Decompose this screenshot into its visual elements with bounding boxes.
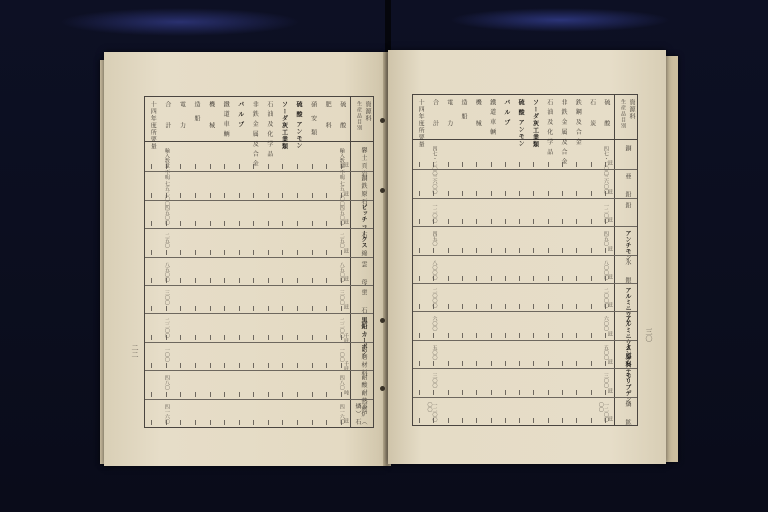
row-unit: 瓩 bbox=[343, 248, 348, 253]
empty-cell-tick bbox=[341, 363, 342, 368]
empty-cell-tick bbox=[239, 278, 240, 283]
empty-cell-tick bbox=[576, 191, 577, 196]
empty-cell-tick bbox=[548, 219, 549, 224]
cell-value: 一〇〇 bbox=[164, 347, 169, 362]
corner-header-top: 資源料 bbox=[628, 99, 634, 120]
empty-cell-tick bbox=[195, 193, 196, 198]
empty-cell-tick bbox=[180, 392, 181, 397]
column-header: 十四年度所要量 bbox=[149, 101, 155, 150]
row-label: 鉛 bbox=[624, 202, 630, 208]
empty-cell-tick bbox=[548, 361, 549, 366]
empty-cell-tick bbox=[297, 335, 298, 340]
empty-cell-tick bbox=[268, 420, 269, 425]
cell-value: 二〇〇〇 bbox=[603, 288, 608, 308]
empty-cell-tick bbox=[326, 250, 327, 255]
empty-cell-tick bbox=[476, 191, 477, 196]
empty-cell-tick bbox=[505, 219, 506, 224]
empty-cell-tick bbox=[433, 248, 434, 253]
column-header: 合 計 bbox=[164, 101, 170, 129]
empty-cell-tick bbox=[605, 248, 606, 253]
column-header: 電 力 bbox=[446, 99, 452, 127]
empty-cell-tick bbox=[239, 306, 240, 311]
empty-cell-tick bbox=[576, 390, 577, 395]
empty-cell-tick bbox=[239, 420, 240, 425]
empty-cell-tick bbox=[326, 278, 327, 283]
empty-cell-tick bbox=[591, 304, 592, 309]
row-label: 蛍 石 bbox=[360, 289, 366, 313]
empty-cell-tick bbox=[312, 221, 313, 226]
column-header: 硫 酸 bbox=[603, 99, 609, 127]
empty-cell-tick bbox=[195, 221, 196, 226]
empty-cell-tick bbox=[476, 219, 477, 224]
empty-cell-tick bbox=[253, 221, 254, 226]
empty-cell-tick bbox=[297, 164, 298, 169]
empty-cell-tick bbox=[210, 164, 211, 169]
binding-hole bbox=[380, 318, 385, 323]
empty-cell-tick bbox=[312, 335, 313, 340]
right-statistical-table: 資源料 生産品目別 硫 酸石 炭鉄 鋼 及 合 金非 鉄 金 属 及 合 金石 … bbox=[412, 94, 638, 426]
cell-value: 一二〇〇〇〇 bbox=[598, 402, 608, 425]
empty-cell-tick bbox=[253, 392, 254, 397]
empty-cell-tick bbox=[548, 248, 549, 253]
empty-cell-tick bbox=[297, 363, 298, 368]
empty-cell-tick bbox=[505, 162, 506, 167]
cell-value: 六〇〇 bbox=[603, 316, 608, 331]
empty-cell-tick bbox=[576, 276, 577, 281]
empty-cell-tick bbox=[562, 361, 563, 366]
empty-cell-tick bbox=[448, 390, 449, 395]
row-divider bbox=[145, 285, 373, 286]
empty-cell-tick bbox=[505, 333, 506, 338]
row-unit: 瓩 bbox=[607, 388, 612, 393]
empty-cell-tick bbox=[462, 418, 463, 423]
empty-cell-tick bbox=[548, 390, 549, 395]
empty-cell-tick bbox=[462, 361, 463, 366]
empty-cell-tick bbox=[326, 420, 327, 425]
empty-cell-tick bbox=[562, 333, 563, 338]
empty-cell-tick bbox=[195, 392, 196, 397]
empty-cell-tick bbox=[282, 221, 283, 226]
empty-cell-tick bbox=[224, 420, 225, 425]
row-unit: 瓩 bbox=[607, 246, 612, 251]
empty-cell-tick bbox=[591, 248, 592, 253]
empty-cell-tick bbox=[326, 164, 327, 169]
column-header: 十四年度所要量 bbox=[417, 99, 423, 148]
empty-cell-tick bbox=[491, 390, 492, 395]
empty-cell-tick bbox=[548, 162, 549, 167]
empty-cell-tick bbox=[462, 162, 463, 167]
header-divider bbox=[413, 139, 637, 140]
empty-cell-tick bbox=[268, 392, 269, 397]
empty-cell-tick bbox=[224, 392, 225, 397]
empty-cell-tick bbox=[253, 363, 254, 368]
empty-cell-tick bbox=[505, 418, 506, 423]
empty-cell-tick bbox=[448, 219, 449, 224]
cell-value: 四一六〇 bbox=[339, 404, 344, 424]
empty-cell-tick bbox=[268, 335, 269, 340]
empty-cell-tick bbox=[210, 221, 211, 226]
empty-cell-tick bbox=[297, 250, 298, 255]
column-header: 機 械 bbox=[208, 101, 214, 129]
empty-cell-tick bbox=[576, 418, 577, 423]
row-divider bbox=[145, 200, 373, 201]
empty-cell-tick bbox=[312, 164, 313, 169]
binding-hole bbox=[380, 118, 385, 123]
cell-value: 一〇〇 bbox=[339, 347, 344, 362]
cell-value: 二五〇 bbox=[339, 233, 344, 248]
empty-cell-tick bbox=[297, 306, 298, 311]
empty-cell-tick bbox=[224, 193, 225, 198]
empty-cell-tick bbox=[591, 191, 592, 196]
empty-cell-tick bbox=[151, 278, 152, 283]
empty-cell-tick bbox=[476, 248, 477, 253]
row-unit: 瓩 bbox=[343, 304, 348, 309]
empty-cell-tick bbox=[151, 250, 152, 255]
empty-cell-tick bbox=[239, 335, 240, 340]
empty-cell-tick bbox=[326, 392, 327, 397]
corner-header-top: 資源料 bbox=[364, 101, 370, 122]
empty-cell-tick bbox=[533, 219, 534, 224]
empty-cell-tick bbox=[268, 306, 269, 311]
empty-cell-tick bbox=[312, 363, 313, 368]
column-header: 造 船 bbox=[460, 99, 466, 120]
empty-cell-tick bbox=[491, 361, 492, 366]
row-divider bbox=[413, 198, 637, 199]
empty-cell-tick bbox=[591, 219, 592, 224]
empty-cell-tick bbox=[533, 390, 534, 395]
empty-cell-tick bbox=[548, 418, 549, 423]
row-label: 亜 鉛 bbox=[624, 173, 630, 197]
empty-cell-tick bbox=[605, 333, 606, 338]
column-header: 石 炭 bbox=[589, 99, 595, 127]
empty-cell-tick bbox=[448, 162, 449, 167]
empty-cell-tick bbox=[253, 335, 254, 340]
empty-cell-tick bbox=[268, 193, 269, 198]
empty-cell-tick bbox=[151, 420, 152, 425]
empty-cell-tick bbox=[268, 363, 269, 368]
empty-cell-tick bbox=[448, 304, 449, 309]
empty-cell-tick bbox=[562, 390, 563, 395]
row-divider bbox=[145, 257, 373, 258]
column-header: 造 船 bbox=[193, 101, 199, 122]
header-divider bbox=[145, 141, 373, 142]
cell-value: 三六〇〇 bbox=[431, 174, 436, 194]
cell-value: 二五〇 bbox=[164, 233, 169, 248]
empty-cell-tick bbox=[268, 278, 269, 283]
empty-cell-tick bbox=[210, 420, 211, 425]
empty-cell-tick bbox=[151, 221, 152, 226]
cell-value: 四七・二〇〇 bbox=[431, 146, 436, 176]
cell-value: 二二〇〇 bbox=[339, 318, 344, 338]
empty-cell-tick bbox=[180, 363, 181, 368]
empty-cell-tick bbox=[326, 335, 327, 340]
column-header: 硫 酸 アンモン bbox=[295, 101, 301, 149]
empty-cell-tick bbox=[576, 248, 577, 253]
empty-cell-tick bbox=[312, 392, 313, 397]
empty-cell-tick bbox=[462, 191, 463, 196]
empty-cell-tick bbox=[151, 363, 152, 368]
column-header: 硫 酸 アンモン bbox=[517, 99, 523, 147]
empty-cell-tick bbox=[297, 193, 298, 198]
empty-cell-tick bbox=[605, 361, 606, 366]
row-label: 石 綿 bbox=[360, 232, 366, 256]
column-header: 硫 酸 bbox=[339, 101, 345, 129]
empty-cell-tick bbox=[533, 333, 534, 338]
empty-cell-tick bbox=[151, 335, 152, 340]
binding-hole bbox=[380, 386, 385, 391]
empty-cell-tick bbox=[239, 392, 240, 397]
row-divider bbox=[145, 228, 373, 229]
empty-cell-tick bbox=[297, 221, 298, 226]
empty-cell-tick bbox=[519, 333, 520, 338]
empty-cell-tick bbox=[166, 306, 167, 311]
empty-cell-tick bbox=[341, 306, 342, 311]
empty-cell-tick bbox=[576, 304, 577, 309]
cell-value: 八〇〇〇 bbox=[431, 260, 436, 280]
empty-cell-tick bbox=[462, 333, 463, 338]
empty-cell-tick bbox=[448, 191, 449, 196]
empty-cell-tick bbox=[166, 363, 167, 368]
cell-value: 一七五二〇〇 bbox=[339, 176, 344, 206]
empty-cell-tick bbox=[195, 335, 196, 340]
empty-cell-tick bbox=[282, 420, 283, 425]
empty-cell-tick bbox=[433, 333, 434, 338]
cell-value: 輸入数量 不明 bbox=[164, 148, 169, 180]
empty-cell-tick bbox=[505, 191, 506, 196]
empty-cell-tick bbox=[519, 361, 520, 366]
empty-cell-tick bbox=[180, 306, 181, 311]
cell-value: 一二〇〇 bbox=[431, 203, 436, 223]
cell-value: 二〇〇〇 bbox=[431, 288, 436, 308]
column-header: 石 油 及 化 学 品 bbox=[266, 101, 272, 158]
row-divider bbox=[413, 255, 637, 256]
row-divider bbox=[413, 368, 637, 369]
column-header: 硝 安 類 bbox=[310, 101, 316, 136]
empty-cell-tick bbox=[210, 250, 211, 255]
cell-value: 輸入数量 不明 bbox=[339, 148, 344, 180]
cell-value: 四五〇〇 bbox=[164, 205, 169, 225]
cell-value: 八五〇〇 bbox=[339, 262, 344, 282]
empty-cell-tick bbox=[326, 363, 327, 368]
row-label: 燐 鉱 bbox=[624, 401, 630, 425]
empty-cell-tick bbox=[341, 250, 342, 255]
empty-cell-tick bbox=[282, 250, 283, 255]
empty-cell-tick bbox=[239, 363, 240, 368]
empty-cell-tick bbox=[239, 193, 240, 198]
column-header: 機 械 bbox=[474, 99, 480, 127]
empty-cell-tick bbox=[195, 306, 196, 311]
cell-value: 四七・二〇〇 bbox=[603, 146, 608, 176]
empty-cell-tick bbox=[591, 333, 592, 338]
empty-cell-tick bbox=[195, 164, 196, 169]
row-divider bbox=[413, 340, 637, 341]
row-label: 水 銀 bbox=[624, 259, 630, 283]
empty-cell-tick bbox=[419, 361, 420, 366]
empty-cell-tick bbox=[180, 221, 181, 226]
cell-value: 二二〇〇 bbox=[164, 318, 169, 338]
empty-cell-tick bbox=[491, 333, 492, 338]
empty-cell-tick bbox=[519, 304, 520, 309]
empty-cell-tick bbox=[533, 304, 534, 309]
empty-cell-tick bbox=[419, 162, 420, 167]
empty-cell-tick bbox=[519, 276, 520, 281]
column-header: 合 計 bbox=[431, 99, 437, 127]
empty-cell-tick bbox=[605, 390, 606, 395]
column-header: 肥 料 bbox=[324, 101, 330, 129]
column-header: 非 鉄 金 属 及 合 金 bbox=[560, 99, 566, 165]
empty-cell-tick bbox=[180, 193, 181, 198]
empty-cell-tick bbox=[519, 162, 520, 167]
row-divider bbox=[413, 397, 637, 398]
row-divider bbox=[145, 342, 373, 343]
empty-cell-tick bbox=[239, 221, 240, 226]
empty-cell-tick bbox=[519, 390, 520, 395]
row-divider bbox=[413, 169, 637, 170]
empty-cell-tick bbox=[166, 250, 167, 255]
row-divider bbox=[145, 399, 373, 400]
row-divider bbox=[145, 313, 373, 314]
empty-cell-tick bbox=[180, 420, 181, 425]
cell-value: 六〇〇 bbox=[431, 316, 436, 331]
empty-cell-tick bbox=[448, 276, 449, 281]
empty-cell-tick bbox=[519, 248, 520, 253]
row-divider bbox=[145, 171, 373, 172]
empty-cell-tick bbox=[591, 276, 592, 281]
cell-value: 四五〇 bbox=[603, 231, 608, 246]
column-header: 鉄 鋼 及 合 金 bbox=[574, 99, 580, 146]
empty-cell-tick bbox=[326, 221, 327, 226]
empty-cell-tick bbox=[476, 276, 477, 281]
cell-value: 一二〇〇 bbox=[603, 203, 608, 223]
empty-cell-tick bbox=[462, 248, 463, 253]
empty-cell-tick bbox=[253, 250, 254, 255]
empty-cell-tick bbox=[505, 390, 506, 395]
empty-cell-tick bbox=[268, 250, 269, 255]
empty-cell-tick bbox=[297, 278, 298, 283]
empty-cell-tick bbox=[253, 278, 254, 283]
empty-cell-tick bbox=[519, 418, 520, 423]
empty-cell-tick bbox=[166, 392, 167, 397]
empty-cell-tick bbox=[312, 420, 313, 425]
empty-cell-tick bbox=[576, 361, 577, 366]
empty-cell-tick bbox=[419, 304, 420, 309]
left-statistical-table: 資源料 生産品目別 硫 酸肥 料硝 安 類硫 酸 アンモンソーダ灰工業類石 油 … bbox=[144, 96, 374, 428]
cell-value: 三〇〇 bbox=[339, 290, 344, 305]
empty-cell-tick bbox=[533, 418, 534, 423]
cell-value: 五〇〇 bbox=[603, 345, 608, 360]
empty-cell-tick bbox=[268, 164, 269, 169]
row-divider bbox=[413, 283, 637, 284]
binding-hole bbox=[380, 188, 385, 193]
empty-cell-tick bbox=[576, 162, 577, 167]
empty-cell-tick bbox=[491, 418, 492, 423]
empty-cell-tick bbox=[419, 418, 420, 423]
empty-cell-tick bbox=[253, 420, 254, 425]
empty-cell-tick bbox=[224, 306, 225, 311]
empty-cell-tick bbox=[326, 306, 327, 311]
empty-cell-tick bbox=[224, 278, 225, 283]
column-header: 電 力 bbox=[178, 101, 184, 129]
cell-value: 四五〇 bbox=[431, 231, 436, 246]
column-header: 非 鉄 金 属 及 合 金 bbox=[251, 101, 257, 167]
empty-cell-tick bbox=[312, 306, 313, 311]
cell-value: 三六〇〇 bbox=[603, 174, 608, 194]
empty-cell-tick bbox=[548, 304, 549, 309]
column-header: ソーダ灰工業類 bbox=[280, 101, 286, 150]
empty-cell-tick bbox=[462, 304, 463, 309]
left-page: 二二 資源料 生産品目別 硫 酸肥 料硝 安 類硫 酸 アンモンソーダ灰工業類石… bbox=[104, 52, 386, 466]
empty-cell-tick bbox=[505, 304, 506, 309]
cell-value: 三〇〇 bbox=[431, 373, 436, 388]
empty-cell-tick bbox=[253, 193, 254, 198]
empty-cell-tick bbox=[224, 335, 225, 340]
empty-cell-tick bbox=[210, 278, 211, 283]
column-header: パ ル プ bbox=[503, 99, 509, 126]
empty-cell-tick bbox=[491, 276, 492, 281]
empty-cell-tick bbox=[433, 390, 434, 395]
cell-value: 四五〇〇 bbox=[339, 205, 344, 225]
empty-cell-tick bbox=[419, 276, 420, 281]
cell-value: 四八〇 bbox=[339, 375, 344, 390]
column-header: 石 油 及 化 学 品 bbox=[546, 99, 552, 156]
empty-cell-tick bbox=[210, 193, 211, 198]
row-divider bbox=[413, 311, 637, 312]
empty-cell-tick bbox=[326, 193, 327, 198]
empty-cell-tick bbox=[419, 219, 420, 224]
empty-cell-tick bbox=[151, 392, 152, 397]
empty-cell-tick bbox=[210, 363, 211, 368]
empty-cell-tick bbox=[591, 162, 592, 167]
empty-cell-tick bbox=[195, 250, 196, 255]
empty-cell-tick bbox=[533, 191, 534, 196]
empty-cell-tick bbox=[591, 390, 592, 395]
empty-cell-tick bbox=[195, 420, 196, 425]
empty-cell-tick bbox=[312, 250, 313, 255]
empty-cell-tick bbox=[576, 219, 577, 224]
row-divider bbox=[145, 370, 373, 371]
empty-cell-tick bbox=[419, 390, 420, 395]
empty-cell-tick bbox=[297, 420, 298, 425]
empty-cell-tick bbox=[476, 418, 477, 423]
row-label: 平 炉 （ 燐 ） 石 bbox=[354, 403, 366, 427]
empty-cell-tick bbox=[224, 250, 225, 255]
empty-cell-tick bbox=[533, 162, 534, 167]
empty-cell-tick bbox=[505, 361, 506, 366]
empty-cell-tick bbox=[519, 191, 520, 196]
empty-cell-tick bbox=[433, 361, 434, 366]
empty-cell-tick bbox=[180, 335, 181, 340]
row-unit: 瓩 bbox=[607, 331, 612, 336]
empty-cell-tick bbox=[312, 193, 313, 198]
cell-value: 八五〇〇 bbox=[164, 262, 169, 282]
empty-cell-tick bbox=[505, 248, 506, 253]
empty-cell-tick bbox=[180, 250, 181, 255]
empty-cell-tick bbox=[419, 333, 420, 338]
empty-cell-tick bbox=[491, 162, 492, 167]
cell-value: 三〇〇 bbox=[164, 290, 169, 305]
empty-cell-tick bbox=[282, 193, 283, 198]
empty-cell-tick bbox=[476, 361, 477, 366]
empty-cell-tick bbox=[224, 164, 225, 169]
column-header: 鐵 道 車 輌 bbox=[222, 101, 228, 138]
empty-cell-tick bbox=[253, 164, 254, 169]
empty-cell-tick bbox=[419, 248, 420, 253]
empty-cell-tick bbox=[562, 276, 563, 281]
row-divider bbox=[413, 226, 637, 227]
empty-cell-tick bbox=[282, 306, 283, 311]
empty-cell-tick bbox=[282, 164, 283, 169]
empty-cell-tick bbox=[562, 191, 563, 196]
